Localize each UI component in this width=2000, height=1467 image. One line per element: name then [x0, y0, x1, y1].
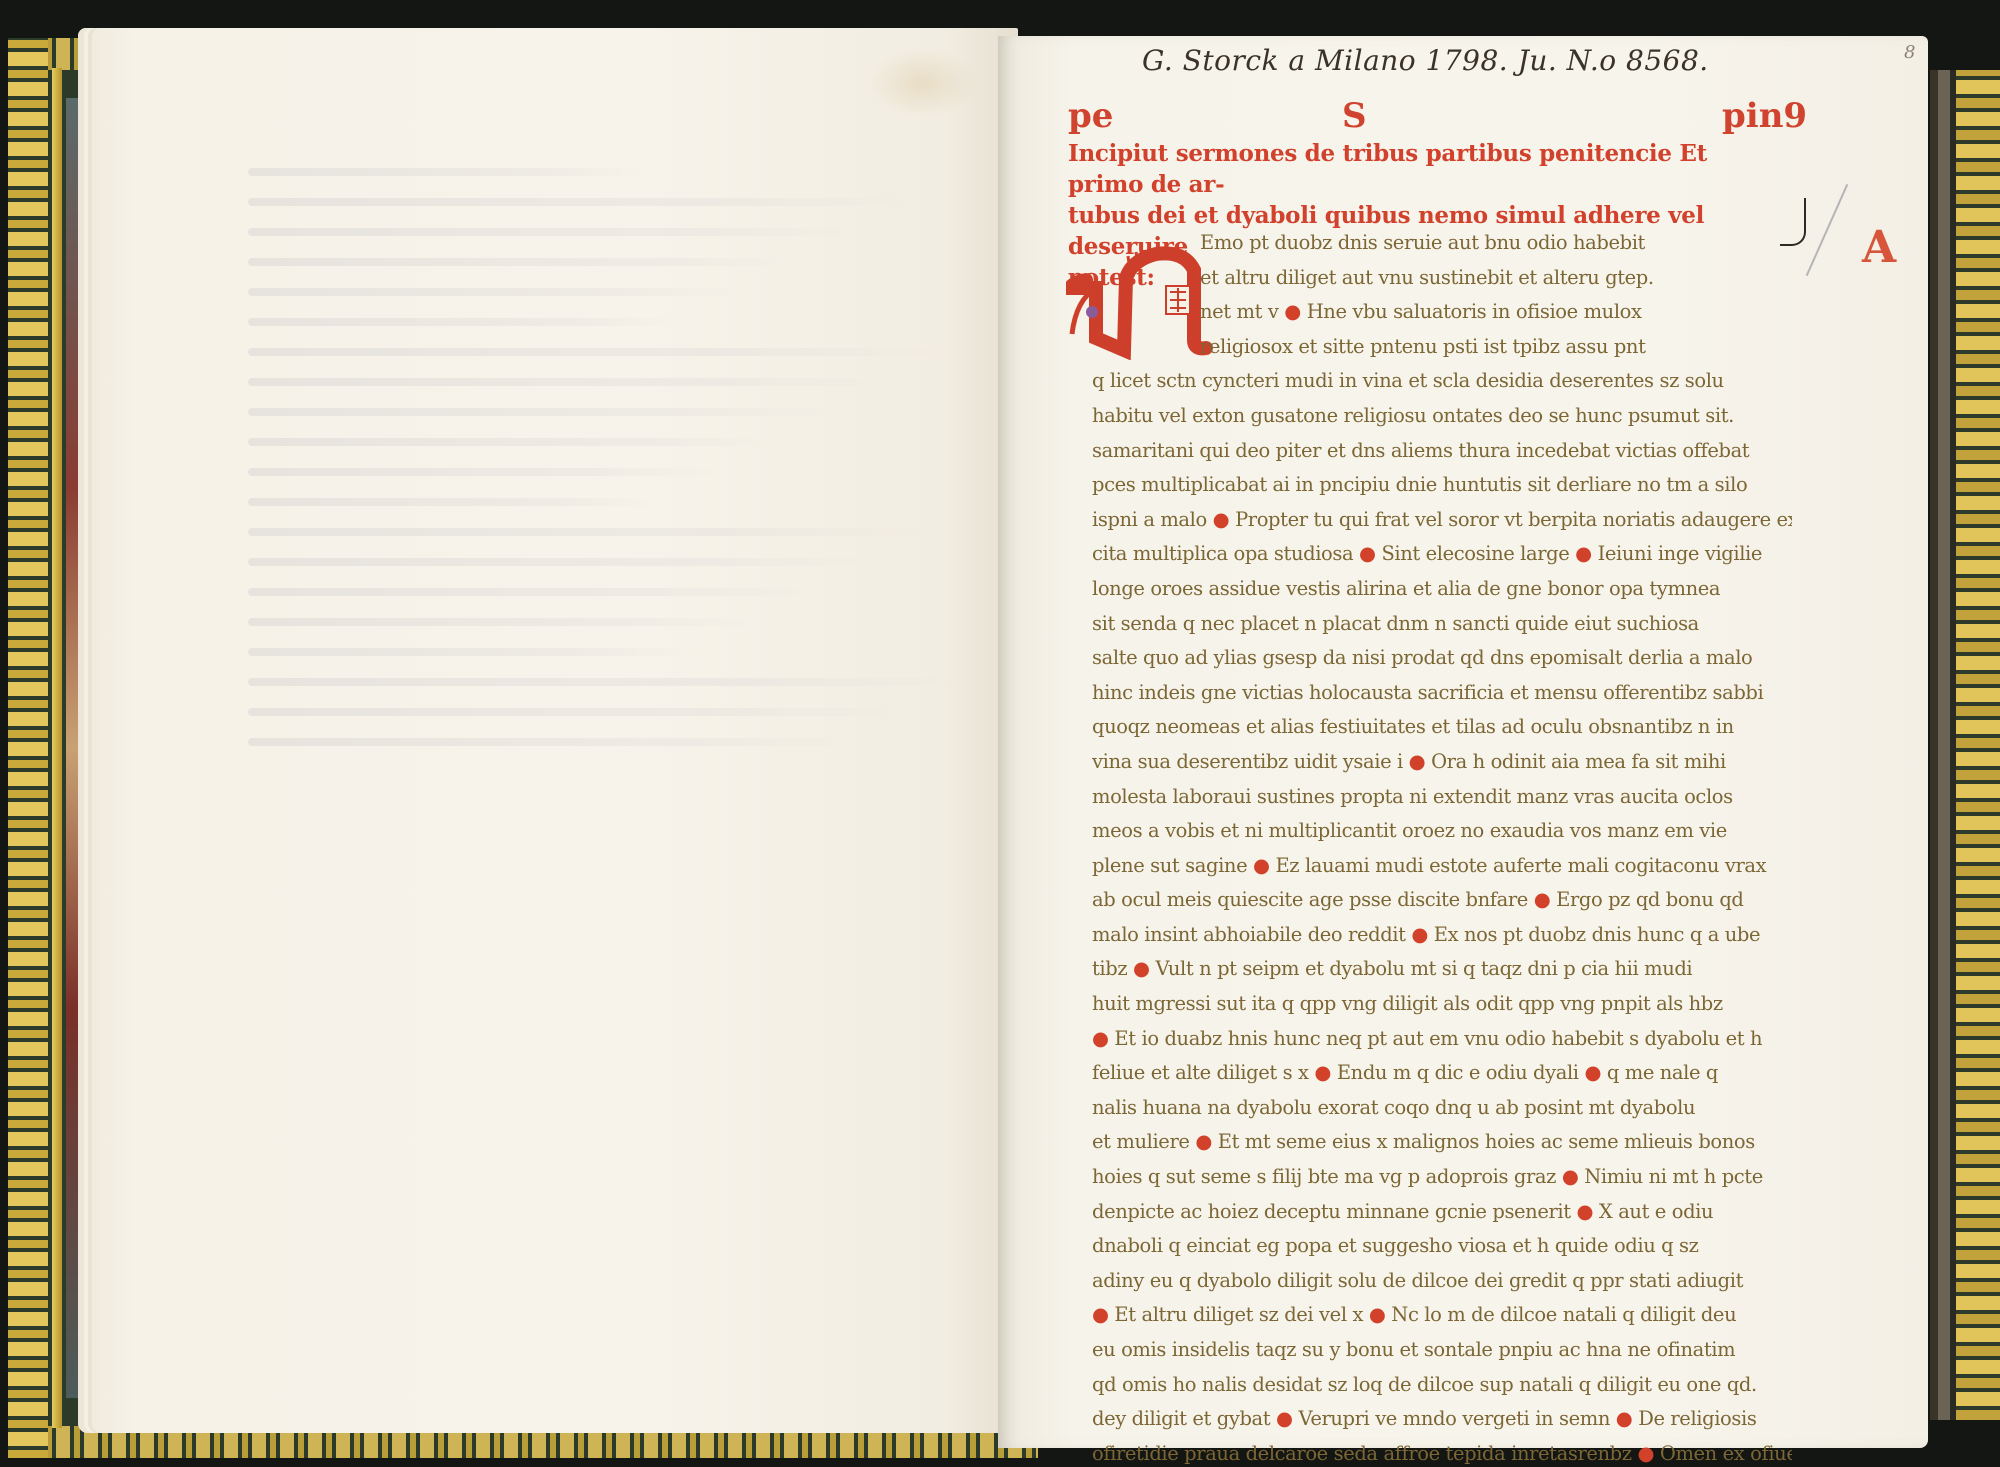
bleed-through-line [248, 168, 644, 176]
bleed-through-line [248, 438, 774, 446]
bleed-through-line [248, 558, 867, 566]
bleed-through-line [248, 228, 853, 236]
manuscript-line: qd omis ho nalis desidat sz loq de dilco… [1092, 1368, 1792, 1403]
manuscript-line: sit senda q nec placet n placat dnm n sa… [1092, 607, 1792, 642]
manuscript-line: ab ocul meis quiescite age psse discite … [1092, 883, 1792, 918]
manuscript-line: pces multiplicabat ai in pncipiu dnie hu… [1092, 468, 1792, 503]
manuscript-line: cita multiplica opa studiosa ● Sint elec… [1092, 537, 1792, 572]
rubric-paragraph-mark: ● [1616, 1407, 1633, 1430]
manuscript-line: eu omis insidelis taqz su y bonu et sont… [1092, 1333, 1792, 1368]
bleed-through-line [248, 348, 946, 356]
rubric-paragraph-mark: ● [1276, 1407, 1293, 1430]
running-marker-left: pe [1068, 96, 1113, 136]
rubric-paragraph-mark: ● [1359, 542, 1376, 565]
manuscript-line: et muliere ● Et mt seme eius x malignos … [1092, 1125, 1792, 1160]
manuscript-line: nalis huana na dyabolu exorat coqo dnq u… [1092, 1091, 1792, 1126]
manuscript-line: samaritani qui deo piter et dns aliems t… [1092, 434, 1792, 469]
rubric-paragraph-mark: ● [1314, 1061, 1331, 1084]
manuscript-line: et altru diliget aut vnu sustinebit et a… [1092, 261, 1792, 296]
manuscript-line: huit mgressi sut ita q qpp vng diligit a… [1092, 987, 1792, 1022]
bleed-through-line [248, 588, 810, 596]
gilt-border-left [8, 38, 48, 1458]
rubric-paragraph-mark: ● [1092, 1027, 1109, 1050]
manuscript-line: quoqz neomeas et alias festiuitates et t… [1092, 710, 1792, 745]
manuscript-line: religiosox et sitte pntenu psti ist tpib… [1092, 330, 1792, 365]
manuscript-line: tibz ● Vult n pt seipm et dyabolu mt si … [1092, 952, 1792, 987]
rubric-paragraph-mark: ● [1195, 1130, 1212, 1153]
manuscript-line: net mt v ● Hne vbu saluatoris in ofisioe… [1092, 295, 1792, 330]
rubric-paragraph-mark: ● [1253, 854, 1270, 877]
manuscript-line: habitu vel exton gusatone religiosu onta… [1092, 399, 1792, 434]
rubric-paragraph-mark: ● [1534, 888, 1551, 911]
rubric-paragraph-mark: ● [1092, 1303, 1109, 1326]
running-marker-center: S [1342, 96, 1367, 136]
manuscript-line: ofiretidie praua delcaroe seda affroe te… [1092, 1437, 1792, 1467]
bleed-through-line [248, 648, 694, 656]
manuscript-line: dey diligit et gybat ● Verupri ve mndo v… [1092, 1402, 1792, 1437]
manuscript-line: hinc indeis gne victias holocausta sacri… [1092, 676, 1792, 711]
manuscript-line: ● Et altru diliget sz dei vel x ● Nc lo … [1092, 1298, 1792, 1333]
bleed-through-line [248, 708, 903, 716]
manuscript-line: molesta laboraui sustines propta ni exte… [1092, 780, 1792, 815]
bleed-through-line [248, 738, 846, 746]
right-book-cover-edge [1930, 70, 2000, 1420]
bleed-through-line [248, 318, 680, 326]
bleed-through-line [248, 198, 910, 206]
margin-rubric-letter: A [1862, 222, 1896, 273]
bleed-through-text [248, 168, 968, 768]
rubric-line: Incipiut sermones de tribus partibus pen… [1068, 138, 1758, 200]
rubric-paragraph-mark: ● [1369, 1303, 1386, 1326]
manuscript-body-text: Emo pt duobz dnis seruie aut bnu odio ha… [1092, 226, 1792, 1467]
bleed-through-line [248, 408, 831, 416]
manuscript-line: vina sua deserentibz uidit ysaie i ● Ora… [1092, 745, 1792, 780]
manuscript-line: hoies q sut seme s filij bte ma vg p ado… [1092, 1160, 1792, 1195]
manuscript-line: denpicte ac hoiez deceptu minnane gcnie … [1092, 1195, 1792, 1230]
bleed-through-line [248, 618, 752, 626]
manuscript-line: dnaboli q einciat eg popa et suggesho vi… [1092, 1229, 1792, 1264]
running-marker-right: pin9 [1722, 96, 1807, 136]
rubric-paragraph-mark: ● [1562, 1165, 1579, 1188]
foxing-stain [868, 48, 978, 118]
rubric-paragraph-mark: ● [1637, 1442, 1654, 1465]
left-flyleaf-page [78, 28, 1018, 1433]
rubric-paragraph-mark: ● [1575, 542, 1592, 565]
manuscript-line: plene sut sagine ● Ez lauami mudi estote… [1092, 849, 1792, 884]
bleed-through-line [248, 258, 795, 266]
gilt-fillet [52, 68, 62, 1428]
folio-number: 8 [1904, 42, 1915, 63]
manuscript-line: meos a vobis et ni multiplicantit oroez … [1092, 814, 1792, 849]
manuscript-line: adiny eu q dyabolo diligit solu de dilco… [1092, 1264, 1792, 1299]
rubric-paragraph-mark: ● [1411, 923, 1428, 946]
bleed-through-line [248, 288, 738, 296]
ownership-annotation: G. Storck a Milano 1798. Ju. N.o 8568. [1142, 44, 1709, 77]
manuscript-line: longe oroes assidue vestis alirina et al… [1092, 572, 1792, 607]
manuscript-line: q licet sctn cyncteri mudi in vina et sc… [1092, 364, 1792, 399]
rubric-paragraph-mark: ● [1576, 1200, 1593, 1223]
bleed-through-line [248, 498, 658, 506]
manuscript-line: Emo pt duobz dnis seruie aut bnu odio ha… [1092, 226, 1792, 261]
manuscript-line: ● Et io duabz hnis hunc neq pt aut em vn… [1092, 1022, 1792, 1057]
rubric-paragraph-mark: ● [1584, 1061, 1601, 1084]
manuscript-line: feliue et alte diliget s x ● Endu m q di… [1092, 1056, 1792, 1091]
manuscript-line: malo insint abhoiabile deo reddit ● Ex n… [1092, 918, 1792, 953]
manuscript-line: ispni a malo ● Propter tu qui frat vel s… [1092, 503, 1792, 538]
bleed-through-line [248, 528, 925, 536]
rubric-paragraph-mark: ● [1133, 957, 1150, 980]
manuscript-line: salte quo ad ylias gsesp da nisi prodat … [1092, 641, 1792, 676]
bleed-through-line [248, 378, 889, 386]
bleed-through-line [248, 468, 716, 476]
bleed-through-line [248, 678, 961, 686]
rubric-paragraph-mark: ● [1409, 750, 1426, 773]
rubric-paragraph-mark: ● [1213, 508, 1230, 531]
rubric-paragraph-mark: ● [1284, 300, 1301, 323]
